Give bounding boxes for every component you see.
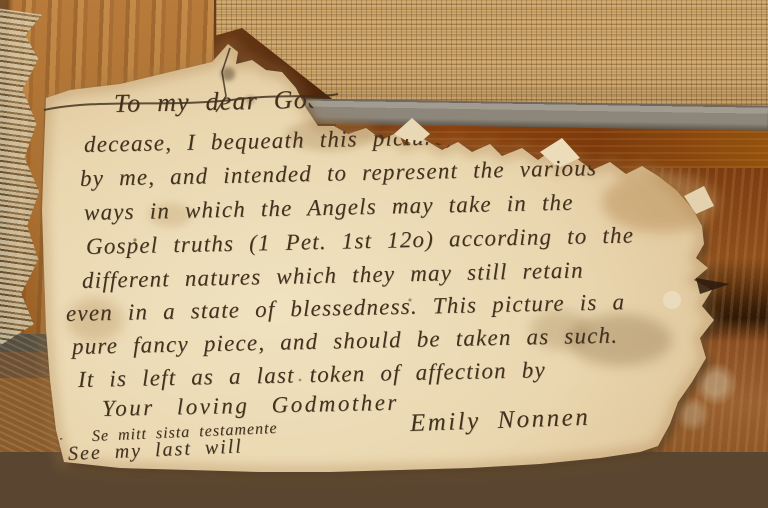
note-line-5: Gospel truths (1 Pet. 1st 12o) according…	[86, 223, 635, 260]
note-line-8: pure fancy piece, and should be taken as…	[72, 323, 619, 360]
note-line-6: different natures which they may still r…	[82, 257, 584, 293]
note-line-1: To my dear God	[114, 86, 323, 119]
note-line-7: even in a state of blessedness. This pic…	[66, 289, 626, 326]
note-line-9: It is left as a last token of affection …	[78, 357, 546, 392]
note-line-4: ways in which the Angels may take in the	[84, 190, 574, 226]
signature: Emily Nonnen	[410, 404, 591, 438]
note-line-3: by me, and intended to represent the var…	[80, 155, 598, 191]
note-line-10: Your loving Godmother	[102, 390, 399, 422]
frame-back-photo: To my dear God decease, I bequeath this …	[0, 0, 768, 508]
